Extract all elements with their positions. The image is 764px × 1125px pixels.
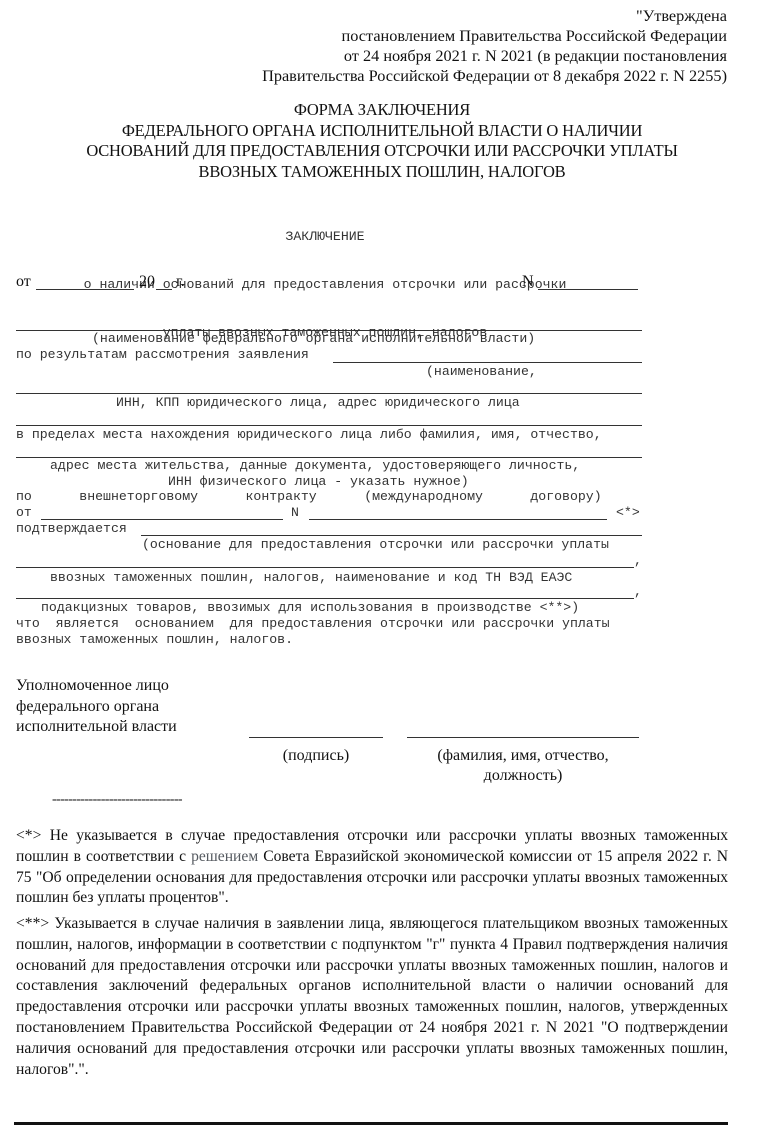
signature-caption: (подпись) [249,746,383,766]
basis-field[interactable] [141,535,642,536]
form-title-line: ФЕДЕРАЛЬНОГО ОРГАНА ИСПОЛНИТЕЛЬНОЙ ВЛАСТ… [0,121,764,142]
footnote-separator: -------------------------------- [52,790,182,810]
conclusion-statement: что является основанием для предоставлен… [16,616,610,632]
applicant-address-field[interactable] [16,425,642,426]
applicant-name-caption: (наименование, [426,364,537,380]
applicant-inn-caption: ИНН, КПП юридического лица, адрес юридич… [116,395,520,411]
federal-body-name-caption: (наименование федерального органа исполн… [92,331,535,347]
goods-field[interactable] [16,567,634,568]
signature-field[interactable] [249,737,383,738]
decision-link[interactable]: решением [191,848,258,865]
form-title-line: ОСНОВАНИЙ ДЛЯ ПРЕДОСТАВЛЕНИЯ ОТСРОЧКИ ИЛ… [0,141,764,162]
form-title-line: ФОРМА ЗАКЛЮЧЕНИЯ [0,100,764,121]
number-label: N [522,272,534,292]
authorized-person: Уполномоченное лицо федерального органа … [16,676,177,738]
approval-line: "Утверждена [167,6,727,26]
form-title-line: ВВОЗНЫХ ТАМОЖЕННЫХ ПОШЛИН, НАЛОГОВ [0,162,764,183]
confirmed-label: подтверждается [16,521,127,537]
year-prefix: 20 [139,272,155,292]
applicant-name-field[interactable] [333,362,642,363]
full-name-caption: (фамилия, имя, отчество, должность) [407,746,639,786]
goods-caption: ввозных таможенных пошлин, налогов, наим… [50,570,572,586]
application-label: по результатам рассмотрения заявления [16,347,309,363]
comma: , [634,553,642,569]
contract-label: по внешнеторговому контракту (международ… [16,489,602,505]
applicant-inn-field[interactable] [16,393,642,394]
approval-line: от 24 ноября 2021 г. N 2021 (в редакции … [167,46,727,66]
date-from-label: от [16,272,31,292]
footnote-1: <*> Не указывается в случае предоставлен… [16,826,728,909]
authorized-person-line: Уполномоченное лицо [16,676,177,697]
approval-line: постановлением Правительства Российской … [167,26,727,46]
authorized-person-line: федерального органа [16,697,177,718]
approval-block: "Утверждена постановлением Правительства… [167,6,727,86]
applicant-inn-physical-caption: ИНН физического лица - указать нужное) [168,474,469,490]
comma: , [634,584,642,600]
applicant-residence-caption: адрес места жительства, данные документа… [50,458,580,474]
conclusion-subtitle: о наличии оснований для предоставления о… [0,277,650,293]
date-field[interactable] [36,289,134,290]
excise-goods-field[interactable] [16,598,634,599]
conclusion-statement: ввозных таможенных пошлин, налогов. [16,632,293,648]
year-field[interactable] [156,289,172,290]
contract-from-label: от [16,505,32,521]
footnote-ref-1: <*> [616,505,640,521]
conclusion-title: ЗАКЛЮЧЕНИЕ [0,229,650,245]
form-title: ФОРМА ЗАКЛЮЧЕНИЯ ФЕДЕРАЛЬНОГО ОРГАНА ИСП… [0,100,764,182]
contract-date-field[interactable] [41,519,283,520]
authorized-person-line: исполнительной власти [16,717,177,738]
approval-line: Правительства Российской Федерации от 8 … [167,66,727,86]
contract-number-label: N [291,505,299,521]
full-name-field[interactable] [407,737,639,738]
applicant-address-caption: в пределах места нахождения юридического… [16,427,602,443]
year-suffix: г. [176,272,185,292]
basis-caption: (основание для предоставления отсрочки и… [142,537,609,553]
excise-goods-caption: подакцизных товаров, ввозимых для исполь… [41,600,579,616]
contract-number-field[interactable] [309,519,607,520]
number-field[interactable] [538,289,638,290]
footnote-2: <**> Указывается в случае наличия в заяв… [16,914,728,1080]
full-name-caption-line: должность) [407,766,639,786]
full-name-caption-line: (фамилия, имя, отчество, [407,746,639,766]
